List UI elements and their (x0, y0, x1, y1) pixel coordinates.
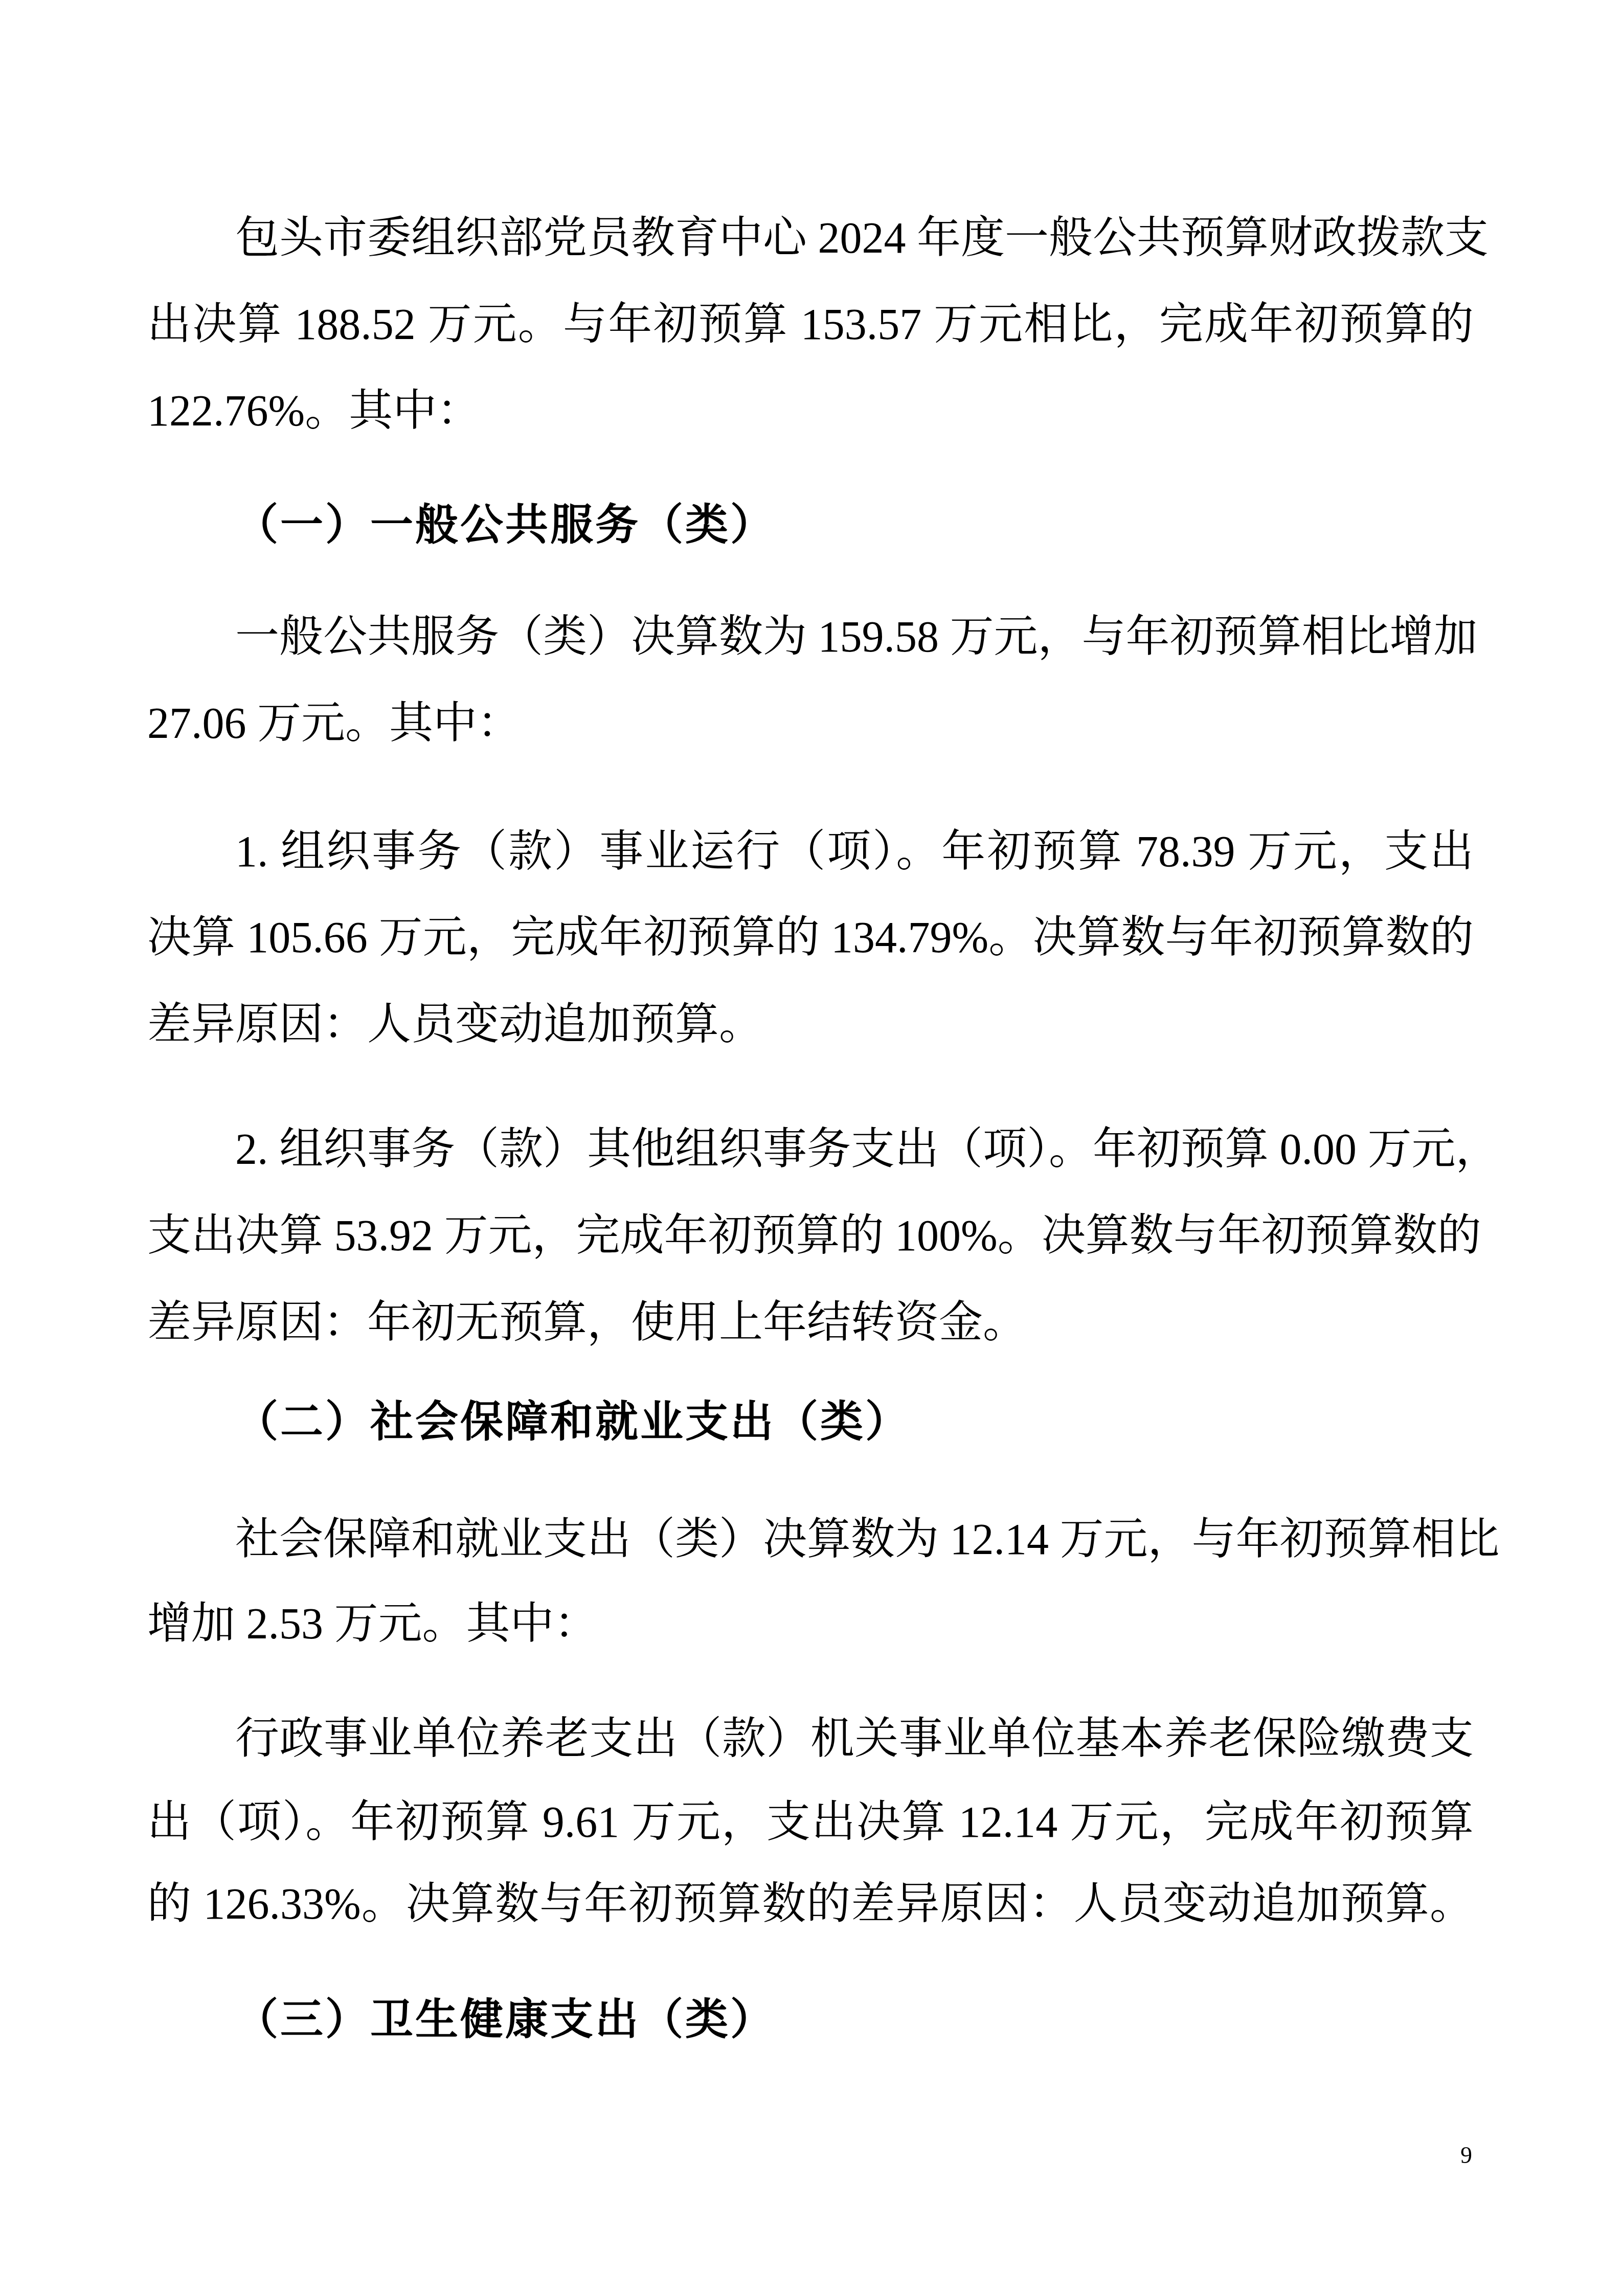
section-1-item-1-line-3: 差异原因：人员变动追加预算。 (147, 1002, 1474, 1046)
section-heading-general-public-services: （一）一般公共服务（类） (235, 504, 775, 548)
section-2-item-1-line-1: 行政事业单位养老支出（款）机关事业单位基本养老保险缴费支 (235, 1717, 1474, 1761)
intro-line-3: 122.76%。其中： (147, 389, 1474, 433)
section-2-item-1-line-3: 的 126.33%。决算数与年初预算数的差异原因：人员变动追加预算。 (147, 1882, 1474, 1926)
section-1-summary-line-1: 一般公共服务（类）决算数为 159.58 万元，与年初预算相比增加 (235, 615, 1474, 659)
document-page: 包头市委组织部党员教育中心 2024 年度一般公共预算财政拨款支 出决算 188… (0, 0, 1623, 2296)
section-heading-health-expenditure: （三）卫生健康支出（类） (235, 1998, 775, 2042)
section-2-summary-line-2: 增加 2.53 万元。其中： (147, 1602, 1474, 1646)
intro-line-2: 出决算 188.52 万元。与年初预算 153.57 万元相比，完成年初预算的 (147, 302, 1474, 346)
page-number: 9 (1460, 2143, 1472, 2168)
section-1-item-1-line-2: 决算 105.66 万元，完成年初预算的 134.79%。决算数与年初预算数的 (147, 915, 1474, 959)
section-1-item-1-line-1: 1. 组织事务（款）事业运行（项）。年初预算 78.39 万元，支出 (235, 829, 1474, 873)
section-1-item-2-line-3: 差异原因：年初无预算，使用上年结转资金。 (147, 1300, 1474, 1344)
section-1-summary-line-2: 27.06 万元。其中： (147, 701, 1474, 745)
section-1-item-2-line-1: 2. 组织事务（款）其他组织事务支出（项）。年初预算 0.00 万元， (235, 1127, 1474, 1171)
section-2-summary-line-1: 社会保障和就业支出（类）决算数为 12.14 万元，与年初预算相比 (235, 1517, 1474, 1561)
intro-line-1: 包头市委组织部党员教育中心 2024 年度一般公共预算财政拨款支 (235, 216, 1474, 260)
section-2-item-1-line-2: 出（项）。年初预算 9.61 万元，支出决算 12.14 万元，完成年初预算 (147, 1800, 1474, 1844)
section-1-item-2-line-2: 支出决算 53.92 万元，完成年初预算的 100%。决算数与年初预算数的 (147, 1213, 1474, 1257)
section-heading-social-security-employment: （二）社会保障和就业支出（类） (235, 1401, 910, 1445)
